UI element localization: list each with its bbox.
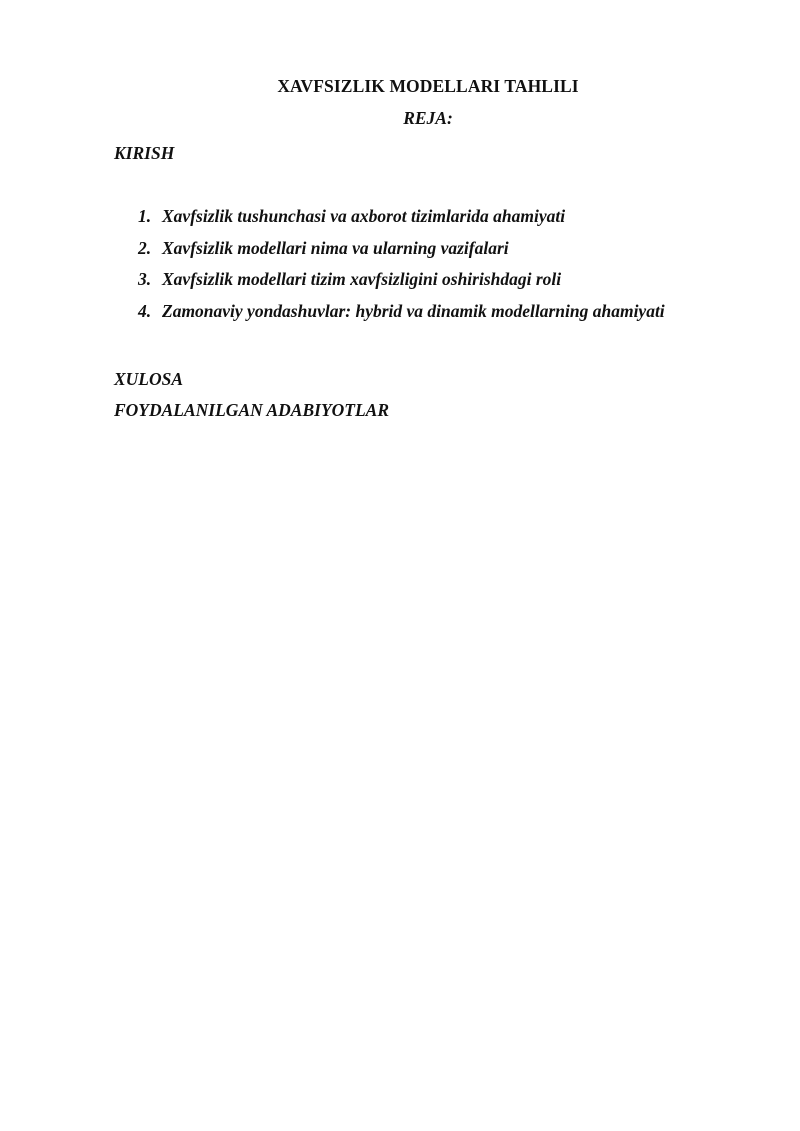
document-page: XAVFSIZLIK MODELLARI TAHLILI REJA: KIRIS… <box>0 0 800 1131</box>
plan-item-number: 1. <box>138 206 162 227</box>
plan-item-text: Xavfsizlik tushunchasi va axborot tiziml… <box>162 206 565 227</box>
plan-item-number: 4. <box>138 301 162 322</box>
plan-item-text: Xavfsizlik modellari nima va ularning va… <box>162 238 509 259</box>
plan-item-number: 2. <box>138 238 162 259</box>
plan-item-number: 3. <box>138 269 162 290</box>
intro-heading: KIRISH <box>114 143 174 164</box>
conclusion-heading: XULOSA <box>114 369 183 390</box>
plan-item-text: Xavfsizlik modellari tizim xavfsizligini… <box>162 269 561 290</box>
plan-list: 1. Xavfsizlik tushunchasi va axborot tiz… <box>138 206 665 332</box>
document-title: XAVFSIZLIK MODELLARI TAHLILI <box>0 76 800 97</box>
plan-item: 2. Xavfsizlik modellari nima va ularning… <box>138 238 665 270</box>
plan-heading: REJA: <box>0 108 800 129</box>
plan-item: 1. Xavfsizlik tushunchasi va axborot tiz… <box>138 206 665 238</box>
references-heading: FOYDALANILGAN ADABIYOTLAR <box>114 400 389 421</box>
plan-item-text: Zamonaviy yondashuvlar: hybrid va dinami… <box>162 301 665 322</box>
plan-item: 3. Xavfsizlik modellari tizim xavfsizlig… <box>138 269 665 301</box>
plan-item: 4. Zamonaviy yondashuvlar: hybrid va din… <box>138 301 665 333</box>
